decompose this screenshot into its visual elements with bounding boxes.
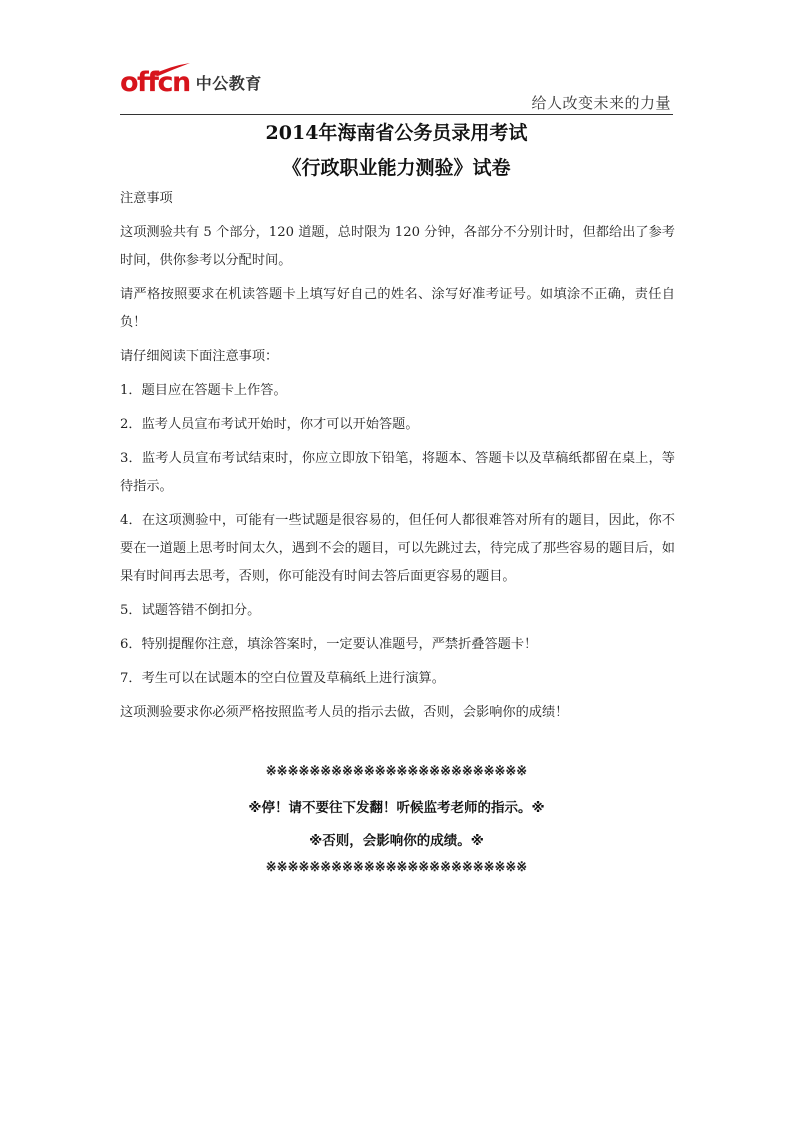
notes-item: 4．在这项测验中，可能有一些试题是很容易的，但任何人都很难答对所有的题目，因此，… <box>120 507 675 591</box>
notes-closing: 这项测验要求你必须严格按照监考人员的指示去做，否则，会影响你的成绩！ <box>120 699 675 727</box>
notes-item: 5．试题答错不倒扣分。 <box>120 597 675 625</box>
notes-item: 3．监考人员宣布考试结束时，你应立即放下铅笔，将题本、答题卡以及草稿纸都留在桌上… <box>120 445 675 501</box>
notes-paragraph: 这项测验共有 5 个部分，120 道题，总时限为 120 分钟，各部分不分别计时… <box>120 219 675 275</box>
logo-text-cn: 中公教育 <box>196 70 262 98</box>
warning-line-stop: ※停！请不要往下发翻！听候监考老师的指示。※ <box>0 796 793 816</box>
header-divider <box>120 114 673 115</box>
notes-item: 2．监考人员宣布考试开始时，你才可以开始答题。 <box>120 411 675 439</box>
page-header: offcn 中公教育 给人改变未来的力量 <box>120 62 673 114</box>
warning-border-bottom: ※※※※※※※※※※※※※※※※※※※※※※※※ <box>0 860 793 875</box>
notes-section: 注意事项 这项测验共有 5 个部分，120 道题，总时限为 120 分钟，各部分… <box>120 185 675 733</box>
offcn-logo: offcn 中公教育 <box>120 68 262 98</box>
exam-title: 2014年海南省公务员录用考试 <box>0 118 793 145</box>
exam-subtitle: 《行政职业能力测验》试卷 <box>0 153 793 180</box>
warning-border-top: ※※※※※※※※※※※※※※※※※※※※※※※※ <box>0 764 793 779</box>
notes-item: 7．考生可以在试题本的空白位置及草稿纸上进行演算。 <box>120 665 675 693</box>
notes-paragraph: 请严格按照要求在机读答题卡上填写好自己的姓名、涂写好准考证号。如填涂不正确，责任… <box>120 281 675 337</box>
notes-paragraph: 请仔细阅读下面注意事项： <box>120 343 675 371</box>
slogan: 给人改变未来的力量 <box>531 92 671 113</box>
notes-item: 1．题目应在答题卡上作答。 <box>120 377 675 405</box>
notes-item: 6．特别提醒你注意，填涂答案时，一定要认准题号，严禁折叠答题卡！ <box>120 631 675 659</box>
logo-swoosh-icon <box>150 62 192 76</box>
notes-heading: 注意事项 <box>120 185 675 213</box>
warning-line-consequence: ※否则，会影响你的成绩。※ <box>0 829 793 849</box>
